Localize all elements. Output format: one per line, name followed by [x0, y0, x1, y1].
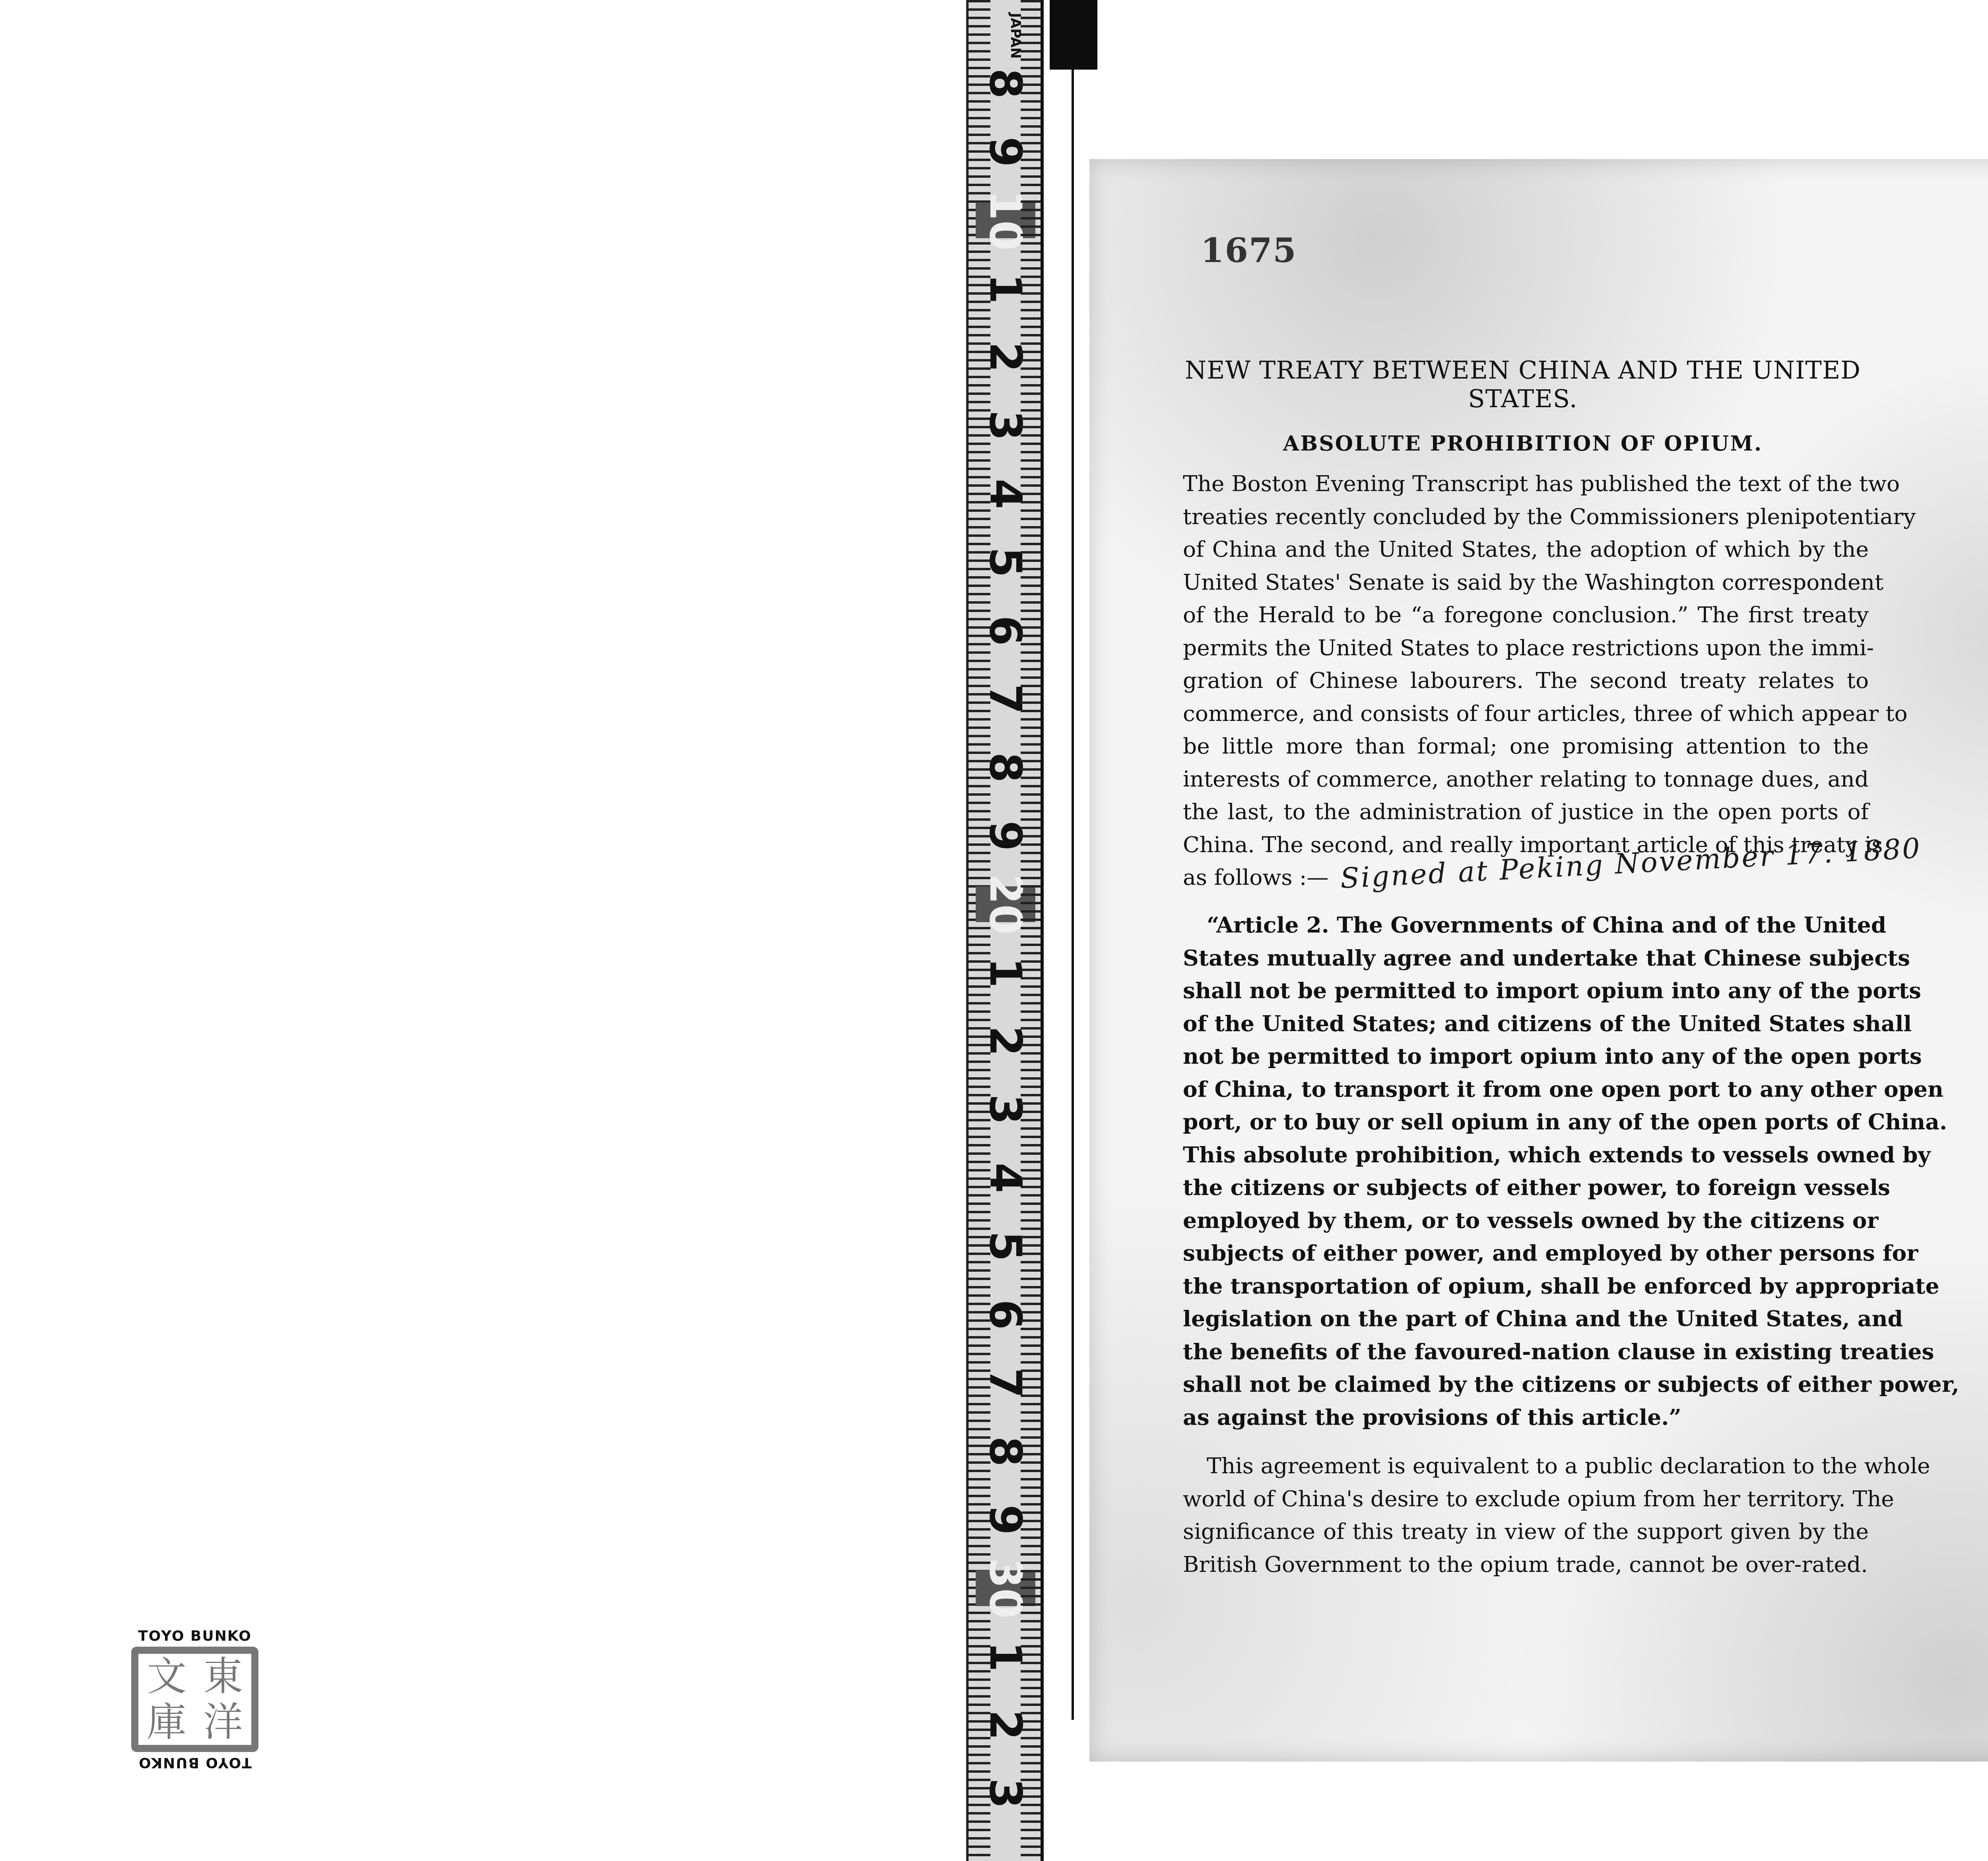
text-line: of the Herald to be “a foregone conclusi… — [1183, 598, 1869, 631]
ruler-label: 9 — [976, 1502, 1035, 1538]
ruler-label: 2 — [976, 1707, 1035, 1743]
text-line: interests of commerce, another relating … — [1183, 763, 1869, 796]
text-line: of the United States; and citizens of th… — [1183, 1007, 1869, 1040]
text-line: The Boston Evening Transcript has publis… — [1183, 467, 1869, 500]
seal-char: 文 — [147, 1655, 186, 1698]
closing-paragraph: This agreement is equivalent to a public… — [1183, 1449, 1869, 1581]
ruler-label: 6 — [976, 1297, 1035, 1333]
ruler-label: 5 — [976, 1228, 1035, 1264]
ruler-label: 6 — [976, 613, 1035, 649]
ruler-label: 1 — [976, 955, 1035, 991]
seal-char: 庫 — [147, 1700, 186, 1744]
text-line: significance of this treaty in view of t… — [1183, 1515, 1869, 1548]
ruler-label: 8 — [976, 1434, 1035, 1469]
text-line: legislation on the part of China and the… — [1183, 1302, 1869, 1335]
text-line: the transportation of opium, shall be en… — [1183, 1270, 1869, 1303]
ruler-label: 1 — [976, 1639, 1035, 1675]
text-line: gration of Chinese labourers. The second… — [1183, 664, 1869, 697]
text-line: shall not be permitted to import opium i… — [1183, 974, 1869, 1007]
library-stamp-bottom-left: TOYO BUNKO 文 東 庫 洋 TOYO BUNKO — [127, 1628, 262, 1770]
document-title: NEW TREATY BETWEEN CHINA AND THE UNITED … — [1177, 356, 1869, 413]
ruler-label: 1 — [976, 271, 1035, 307]
ruler-label: 7 — [976, 1365, 1035, 1401]
measuring-ruler: JAPAN 89101234567892012345678930123 — [966, 0, 1044, 1861]
text-line: treaties recently concluded by the Commi… — [1183, 500, 1869, 533]
ruler-label: 9 — [976, 818, 1035, 854]
seal-char: 東 — [203, 1655, 243, 1698]
text-line: world of China's desire to exclude opium… — [1183, 1482, 1869, 1515]
ruler-label: 5 — [976, 544, 1035, 580]
text-line: “Article 2. The Governments of China and… — [1183, 909, 1869, 942]
ruler-brand: JAPAN — [1008, 13, 1023, 59]
text-line: This absolute prohibition, which extends… — [1183, 1138, 1869, 1171]
text-line: be little more than formal; one promisin… — [1183, 730, 1869, 763]
text-line: port, or to buy or sell opium in any of … — [1183, 1105, 1869, 1138]
stamp-label-bottom: TOYO BUNKO — [127, 1754, 262, 1770]
text-line: subjects of either power, and employed b… — [1183, 1237, 1869, 1270]
ruler-label: 30 — [976, 1570, 1035, 1606]
text-line: shall not be claimed by the citizens or … — [1183, 1368, 1869, 1401]
text-line: United States' Senate is said by the Was… — [1183, 566, 1869, 599]
article-paragraph: “Article 2. The Governments of China and… — [1183, 909, 1869, 1434]
text-line: of China and the United States, the adop… — [1183, 533, 1869, 566]
ruler-label: 7 — [976, 681, 1035, 717]
ruler-label: 2 — [976, 1023, 1035, 1059]
scanner-edge-strip — [1054, 70, 1074, 1720]
text-line: British Government to the opium trade, c… — [1183, 1548, 1869, 1581]
stamp-seal: 文 東 庫 洋 — [131, 1647, 258, 1752]
ruler-label: 4 — [976, 1160, 1035, 1196]
title-line-2: STATES. — [1177, 385, 1869, 413]
text-line: This agreement is equivalent to a public… — [1183, 1449, 1869, 1482]
text-line: not be permitted to import opium into an… — [1183, 1040, 1869, 1073]
ruler-label: 20 — [976, 886, 1035, 922]
ruler-label: 8 — [976, 66, 1035, 101]
ruler-label: 9 — [976, 134, 1035, 170]
ruler-label: 3 — [976, 1092, 1035, 1127]
text-line: employed by them, or to vessels owned by… — [1183, 1204, 1869, 1237]
text-line: the last, to the administration of justi… — [1183, 795, 1869, 828]
text-line: commerce, and consists of four articles,… — [1183, 697, 1869, 730]
ruler-label: 4 — [976, 476, 1035, 512]
stamp-label-top: TOYO BUNKO — [127, 1628, 262, 1644]
intro-paragraph: The Boston Evening Transcript has publis… — [1183, 467, 1869, 894]
title-line-1: NEW TREATY BETWEEN CHINA AND THE UNITED — [1177, 356, 1869, 385]
text-line: permits the United States to place restr… — [1183, 631, 1869, 664]
ruler-label: 8 — [976, 750, 1035, 785]
document-subtitle: ABSOLUTE PROHIBITION OF OPIUM. — [1177, 431, 1869, 456]
seal-char: 洋 — [203, 1700, 243, 1744]
ruler-label: 3 — [976, 1776, 1035, 1811]
ruler-label: 10 — [976, 202, 1035, 238]
ruler-label: 2 — [976, 339, 1035, 375]
text-line: the citizens or subjects of either power… — [1183, 1171, 1869, 1204]
scanner-clip — [1050, 0, 1097, 70]
page-number: 1675 — [1201, 231, 1297, 270]
text-line: as against the provisions of this articl… — [1183, 1401, 1869, 1434]
ruler-label: 3 — [976, 408, 1035, 443]
text-line: of China, to transport it from one open … — [1183, 1073, 1869, 1106]
text-line: the benefits of the favoured-nation clau… — [1183, 1335, 1869, 1368]
text-line: States mutually agree and undertake that… — [1183, 942, 1869, 975]
